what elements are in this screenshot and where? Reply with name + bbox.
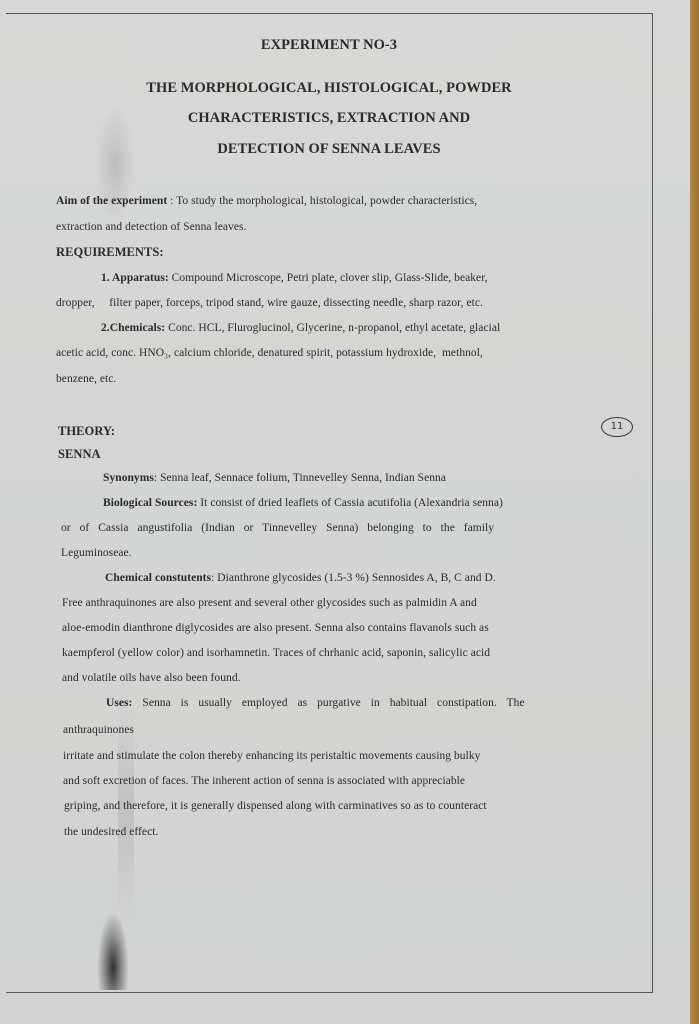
apparatus-text: Compound Microscope, Petri plate, clover… — [169, 272, 488, 284]
constituents-line-4: kaempferol (yellow color) and isorhamnet… — [62, 647, 490, 659]
requirements-heading: REQUIREMENTS: — [56, 245, 164, 260]
constituents-label: Chemical constutents — [105, 572, 211, 584]
aim-label: Aim of the experiment — [56, 195, 167, 207]
theory-heading: THEORY: — [58, 424, 115, 439]
bio-sources-text: It consist of dried leaflets of Cassia a… — [197, 497, 503, 509]
bio-sources-label: Biological Sources: — [103, 497, 197, 509]
uses-line-4: and soft excretion of faces. The inheren… — [63, 775, 465, 787]
main-title-line-2: CHARACTERISTICS, EXTRACTION AND — [0, 110, 658, 127]
chemicals-text: Conc. HCL, Fluroglucinol, Glycerine, n-p… — [165, 322, 500, 334]
uses-line-5: griping, and therefore, it is generally … — [64, 800, 487, 812]
uses-line-2: anthraquinones — [63, 724, 134, 736]
uses-label: Uses: — [106, 697, 132, 709]
bio-sources-line-2: or of Cassia angustifolia (Indian or Tin… — [61, 522, 494, 534]
aim-line-1: Aim of the experiment : To study the mor… — [56, 195, 477, 207]
uses-line-1: Uses: Senna is usually employed as purga… — [106, 697, 525, 709]
handwritten-page-number: 11 — [601, 417, 633, 437]
constituents-text: : Dianthrone glycosides (1.5-3 %) Sennos… — [211, 572, 496, 584]
chemicals-line-1: 2.Chemicals: Conc. HCL, Fluroglucinol, G… — [101, 322, 500, 334]
apparatus-line-1: 1. Apparatus: Compound Microscope, Petri… — [101, 272, 488, 284]
main-title-line-1: THE MORPHOLOGICAL, HISTOLOGICAL, POWDER — [0, 80, 658, 97]
uses-line-6: the undesired effect. — [64, 826, 158, 838]
main-title-line-3: DETECTION OF SENNA LEAVES — [0, 141, 658, 158]
constituents-line-2: Free anthraquinones are also present and… — [62, 597, 477, 609]
synonyms-line: Synonyms: Senna leaf, Sennace folium, Ti… — [103, 472, 446, 484]
constituents-line-3: aloe-emodin dianthrone diglycosides are … — [62, 622, 489, 634]
experiment-title: EXPERIMENT NO-3 — [0, 37, 658, 54]
ink-smudge — [98, 915, 128, 990]
uses-line-3: irritate and stimulate the colon thereby… — [63, 750, 480, 762]
table-surface — [690, 0, 699, 1024]
chemicals-line-3: benzene, etc. — [56, 373, 116, 385]
uses-text: Senna is usually employed as purgative i… — [132, 697, 524, 709]
bio-sources-line-3: Leguminoseae. — [61, 547, 132, 559]
bio-sources-line-1: Biological Sources: It consist of dried … — [103, 497, 503, 509]
synonyms-label: Synonyms — [103, 472, 154, 484]
synonyms-text: : Senna leaf, Sennace folium, Tinnevelle… — [154, 472, 446, 484]
chemicals-label: 2.Chemicals: — [101, 322, 165, 334]
apparatus-line-2: dropper, filter paper, forceps, tripod s… — [56, 297, 483, 309]
aim-text: : To study the morphological, histologic… — [167, 195, 477, 207]
apparatus-label: 1. Apparatus: — [101, 272, 169, 284]
aim-line-2: extraction and detection of Senna leaves… — [56, 221, 246, 233]
constituents-line-5: and volatile oils have also been found. — [62, 672, 241, 684]
constituents-line-1: Chemical constutents: Dianthrone glycosi… — [105, 572, 496, 584]
chemicals-line-2: acetic acid, conc. HNO₃, calcium chlorid… — [56, 347, 483, 359]
theory-subheading: SENNA — [58, 447, 101, 462]
